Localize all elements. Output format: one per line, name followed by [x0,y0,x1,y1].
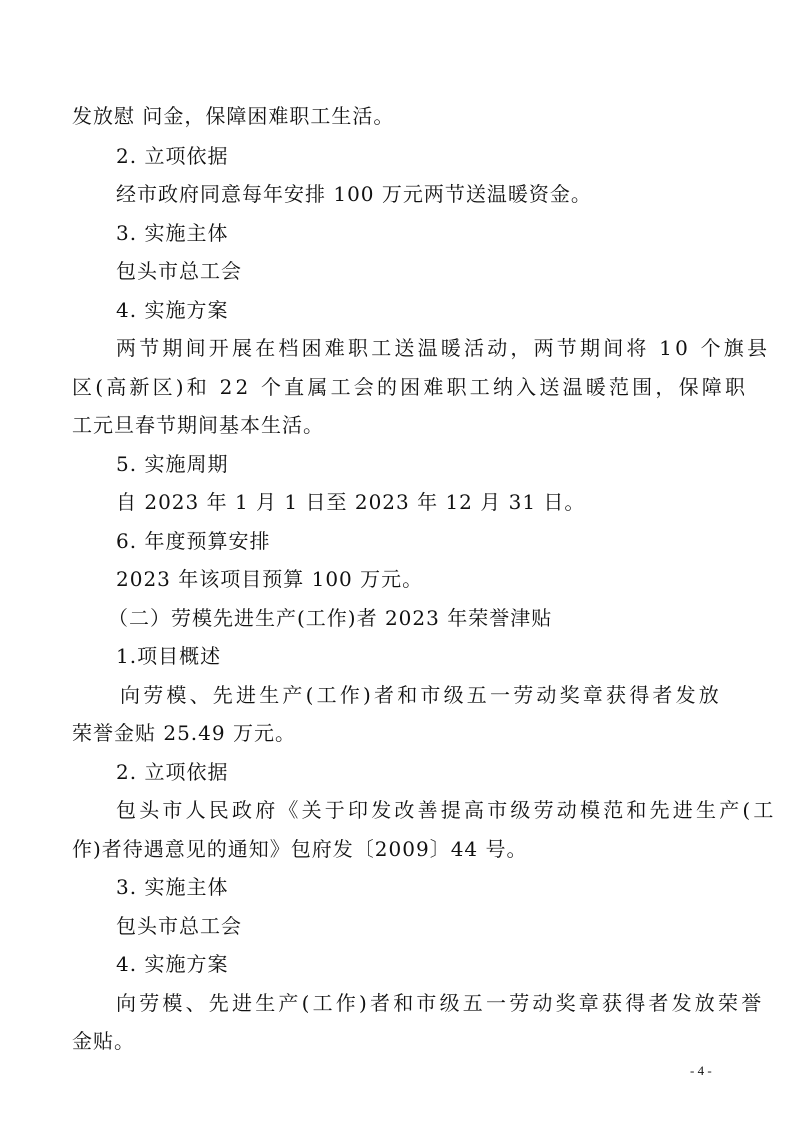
text-line: 作)者待遇意见的通知》包府发〔2009〕44 号。 [72,837,528,861]
section-title: （二）劳模先进生产(工作)者 2023 年荣誉津贴 [108,606,552,630]
text-line: 工元旦春节期间基本生活。 [72,413,324,437]
text-line: 自 2023 年 1 月 1 日至 2023 年 12 月 31 日。 [116,490,585,514]
section-heading: 6. 年度预算安排 [116,529,270,553]
section-heading: 3. 实施主体 [116,221,228,245]
page-number: - 4 - [690,1063,712,1079]
section-heading: 1.项目概述 [116,644,221,668]
section-heading: 3. 实施主体 [116,875,228,899]
text-line: 2023 年该项目预算 100 万元。 [116,567,423,591]
section-heading: 2. 立项依据 [116,760,228,784]
section-heading: 5. 实施周期 [116,452,228,476]
text-line: 包头市总工会 [116,914,242,938]
text-line: 荣誉金贴 25.49 万元。 [72,721,296,745]
section-heading: 4. 实施方案 [116,298,228,322]
text-line: 包头市人民政府《关于印发改善提高市级劳动模范和先进生产(工 [116,798,777,822]
document-page: 发放慰 问金，保障困难职工生活。2. 立项依据经市政府同意每年安排 100 万元… [0,0,794,1123]
text-line: 经市政府同意每年安排 100 万元两节送温暖资金。 [116,182,592,206]
text-line: 向劳模、先进生产(工作)者和市级五一劳动奖章获得者发放荣誉 [116,991,764,1015]
section-heading: 2. 立项依据 [116,144,228,168]
text-line: 区(高新区)和 22 个直属工会的困难职工纳入送温暖范围，保障职 [72,375,748,399]
text-line: 包头市总工会 [116,259,242,283]
text-line: 发放慰 问金，保障困难职工生活。 [72,104,394,128]
text-line: 向劳模、先进生产(工作)者和市级五一劳动奖章获得者发放 [120,683,722,707]
section-heading: 4. 实施方案 [116,952,228,976]
text-line: 金贴。 [72,1029,135,1053]
text-line: 两节期间开展在档困难职工送温暖活动，两节期间将 10 个旗县 [116,336,770,360]
